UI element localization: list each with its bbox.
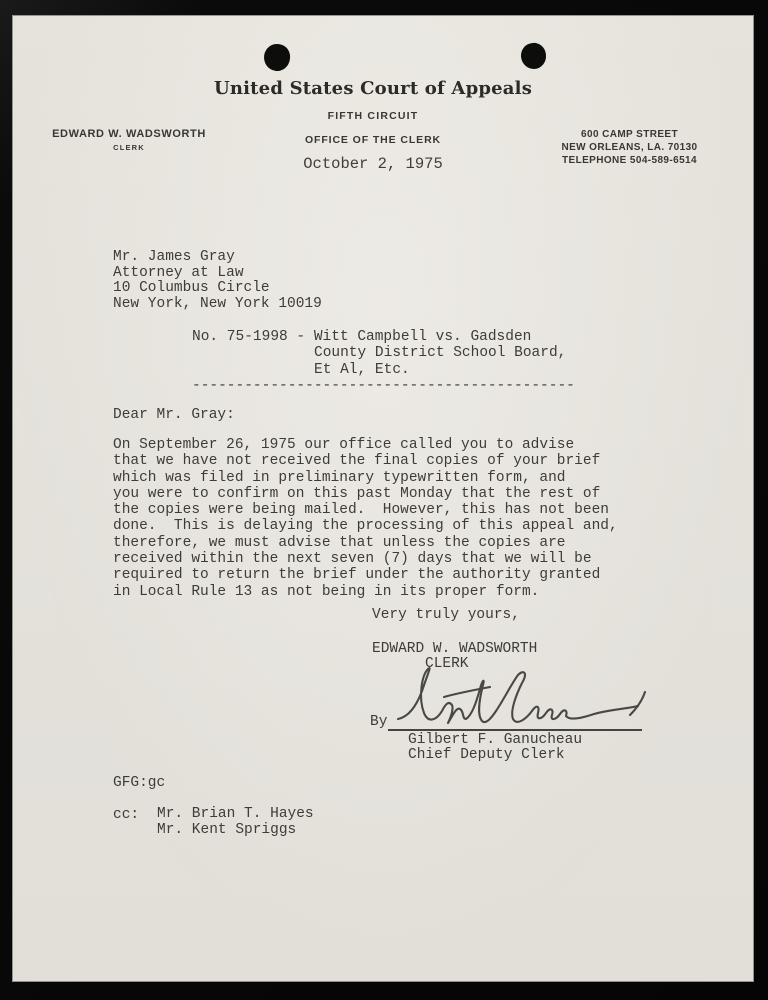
valediction: Very truly yours, — [372, 607, 520, 623]
cc-name: Mr. Brian T. Hayes — [157, 807, 314, 823]
court-address-block: 600 CAMP STREET NEW ORLEANS, LA. 70130 T… — [522, 129, 737, 167]
clerk-name-block: EDWARD W. WADSWORTH CLERK — [51, 128, 207, 152]
case-title-line3: Et Al, Etc. — [314, 362, 575, 378]
recipient-name: Mr. James Gray — [113, 250, 322, 266]
clerk-title: CLERK — [51, 143, 207, 152]
clerk-name: EDWARD W. WADSWORTH — [51, 128, 207, 140]
salutation: Dear Mr. Gray: — [113, 407, 235, 423]
signature-printed-name: Gilbert F. Ganucheau — [408, 732, 582, 748]
letter-page: United States Court of Appeals FIFTH CIR… — [12, 15, 754, 982]
punch-hole-right — [520, 42, 548, 70]
case-number-line: No. 75-1998 - Witt Campbell vs. Gadsden — [192, 329, 575, 345]
reference-initials: GFG:gc — [113, 775, 165, 791]
circuit-label: FIFTH CIRCUIT — [12, 110, 734, 122]
case-reference: No. 75-1998 - Witt Campbell vs. Gadsden … — [192, 329, 575, 394]
recipient-occupation: Attorney at Law — [113, 266, 322, 282]
case-title-line2: County District School Board, — [314, 345, 575, 361]
punch-hole-left — [262, 42, 292, 72]
address-city: NEW ORLEANS, LA. 70130 — [522, 142, 737, 155]
case-divider: ----------------------------------------… — [192, 378, 575, 394]
signature-printed-title: Chief Deputy Clerk — [408, 747, 565, 763]
scan-background: United States Court of Appeals FIFTH CIR… — [0, 0, 768, 1000]
recipient-address: Mr. James Gray Attorney at Law 10 Columb… — [113, 250, 322, 313]
court-name: United States Court of Appeals — [12, 78, 734, 99]
closing-signer-name: EDWARD W. WADSWORTH — [372, 641, 537, 657]
cc-name: Mr. Kent Spriggs — [157, 823, 314, 839]
recipient-street: 10 Columbus Circle — [113, 281, 322, 297]
cc-label: cc: — [113, 807, 139, 823]
address-telephone: TELEPHONE 504-589-6514 — [522, 155, 737, 168]
signature-line — [388, 729, 642, 731]
address-street: 600 CAMP STREET — [522, 129, 737, 142]
signature-image — [392, 663, 650, 731]
letter-body: On September 26, 1975 our office called … — [113, 437, 618, 600]
by-label: By — [370, 714, 387, 730]
cc-list: Mr. Brian T. Hayes Mr. Kent Spriggs — [157, 807, 314, 838]
recipient-city: New York, New York 10019 — [113, 297, 322, 313]
